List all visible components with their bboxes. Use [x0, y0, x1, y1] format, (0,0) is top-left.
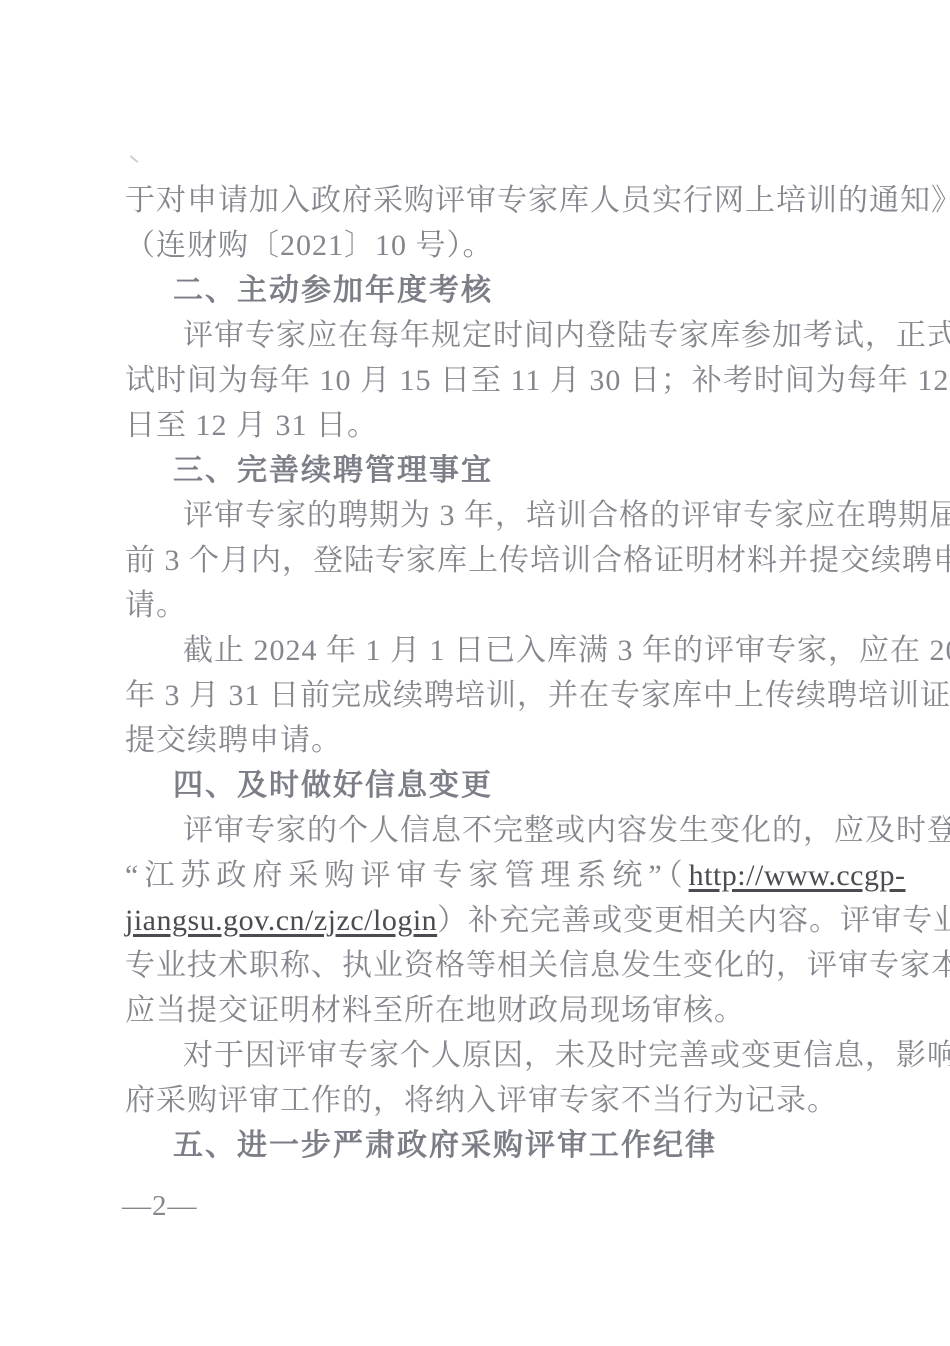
scan-artifact	[130, 155, 139, 163]
text-line: 府采购评审工作的，将纳入评审专家不当行为记录。	[125, 1078, 857, 1123]
text-line: 日至 12 月 31 日。	[125, 403, 857, 448]
text-line: 试时间为每年 10 月 15 日至 11 月 30 日；补考时间为每年 12 月…	[125, 358, 857, 403]
text-line: 提交续聘申请。	[125, 718, 857, 763]
section-heading-2: 二、主动参加年度考核	[125, 268, 857, 313]
hyperlink-text: http://www.ccgp-	[689, 859, 906, 892]
text-line-with-url: jiangsu.gov.cn/zjzc/login）补充完善或变更相关内容。评审…	[125, 898, 857, 943]
text-line: （连财购〔2021〕10 号）。	[125, 223, 857, 268]
text-line: 专业技术职称、执业资格等相关信息发生变化的，评审专家本人	[125, 943, 857, 988]
text-line: 对于因评审专家个人原因，未及时完善或变更信息，影响政	[125, 1033, 857, 1078]
text-line: 年 3 月 31 日前完成续聘培训，并在专家库中上传续聘培训证书、	[125, 673, 857, 718]
document-body: 于对申请加入政府采购评审专家库人员实行网上培训的通知》 （连财购〔2021〕10…	[125, 178, 857, 1168]
text-segment: “江苏政府采购评审专家管理系统”（	[125, 859, 689, 892]
text-line: 于对申请加入政府采购评审专家库人员实行网上培训的通知》	[125, 178, 857, 223]
section-heading-5: 五、进一步严肃政府采购评审工作纪律	[125, 1123, 857, 1168]
text-line: 应当提交证明材料至所在地财政局现场审核。	[125, 988, 857, 1033]
text-line: 评审专家的个人信息不完整或内容发生变化的，应及时登录	[125, 808, 857, 853]
text-line-with-url: “江苏政府采购评审专家管理系统”（http://www.ccgp-	[125, 853, 857, 898]
text-line: 评审专家的聘期为 3 年，培训合格的评审专家应在聘期届满	[125, 493, 857, 538]
text-line: 请。	[125, 583, 857, 628]
section-heading-3: 三、完善续聘管理事宜	[125, 448, 857, 493]
section-heading-4: 四、及时做好信息变更	[125, 763, 857, 808]
text-line: 前 3 个月内，登陆专家库上传培训合格证明材料并提交续聘申	[125, 538, 857, 583]
text-segment: ）补充完善或变更相关内容。评审专业、	[437, 904, 950, 937]
scanned-document-page: 于对申请加入政府采购评审专家库人员实行网上培训的通知》 （连财购〔2021〕10…	[0, 0, 950, 1346]
text-line: 评审专家应在每年规定时间内登陆专家库参加考试，正式考	[125, 313, 857, 358]
text-line: 截止 2024 年 1 月 1 日已入库满 3 年的评审专家，应在 2024	[125, 628, 857, 673]
hyperlink-text: jiangsu.gov.cn/zjzc/login	[125, 904, 437, 937]
page-number: —2—	[122, 1186, 198, 1226]
